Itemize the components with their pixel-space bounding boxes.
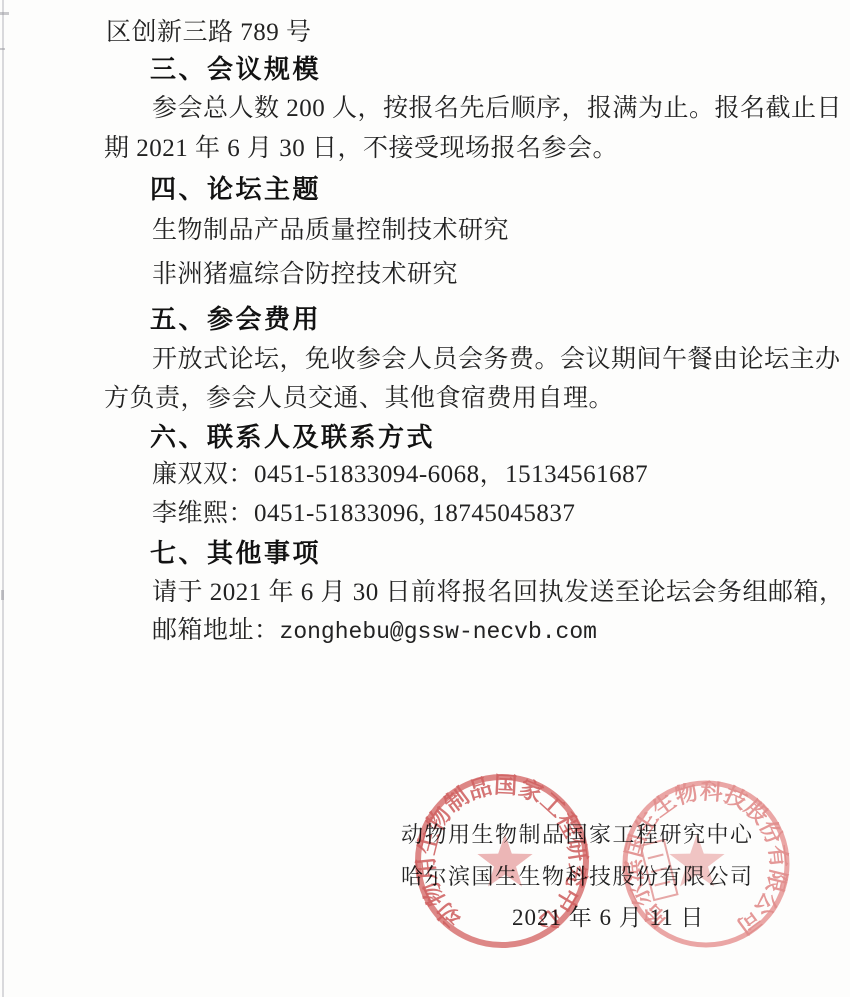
para-fee-line-1: 开放式论坛，免收参会人员会务费。会议期间午餐由论坛主办 [152,347,841,372]
document-page: 区创新三路 789 号 三、会议规模 参会总人数 200 人，按报名先后顺序，报… [0,0,850,997]
official-seal-right: 哈尔滨国生生物科技股份有限公司 [620,778,792,950]
topic-item-2: 非洲猪瘟综合防控技术研究 [152,262,458,287]
email-address: zonghebu@gssw-necvb.com [280,619,597,645]
scan-artifact-mark [1,590,4,600]
section-heading-5-fees: 五、参会费用 [150,306,321,332]
scan-artifact-edge-line [2,0,4,997]
scan-artifact-mark [0,12,9,15]
email-label: 邮箱地址： [152,617,280,644]
contact-line-2: 李维熙：0451-51833096, 18745045837 [152,501,575,526]
section-heading-7-other: 七、其他事项 [150,540,321,566]
para-other-line-1: 请于 2021 年 6 月 30 日前将报名回执发送至论坛会务组邮箱， [152,580,845,605]
section-heading-4-forum-topics: 四、论坛主题 [150,176,321,202]
official-seal-left: 动物用生物制品国家工程研究中心 [413,772,591,950]
star-icon [477,834,532,887]
doc-line-address-continuation: 区创新三路 789 号 [106,20,312,45]
para-scale-line-1: 参会总人数 200 人，按报名先后顺序，报满为止。报名截止日 [152,96,842,121]
para-fee-line-2: 方负责，参会人员交通、其他食宿费用自理。 [104,386,614,411]
doc-line-email: 邮箱地址：zonghebu@gssw-necvb.com [152,618,597,644]
para-scale-line-2: 期 2021 年 6 月 30 日，不接受现场报名参会。 [104,136,618,161]
topic-item-1: 生物制品产品质量控制技术研究 [152,218,509,243]
contact-line-1: 廉双双：0451-51833094-6068，15134561687 [152,462,648,487]
section-heading-3-meeting-scale: 三、会议规模 [150,56,321,82]
section-heading-6-contacts: 六、联系人及联系方式 [150,424,435,450]
star-icon [669,834,724,887]
scan-artifact-mark [0,48,5,50]
